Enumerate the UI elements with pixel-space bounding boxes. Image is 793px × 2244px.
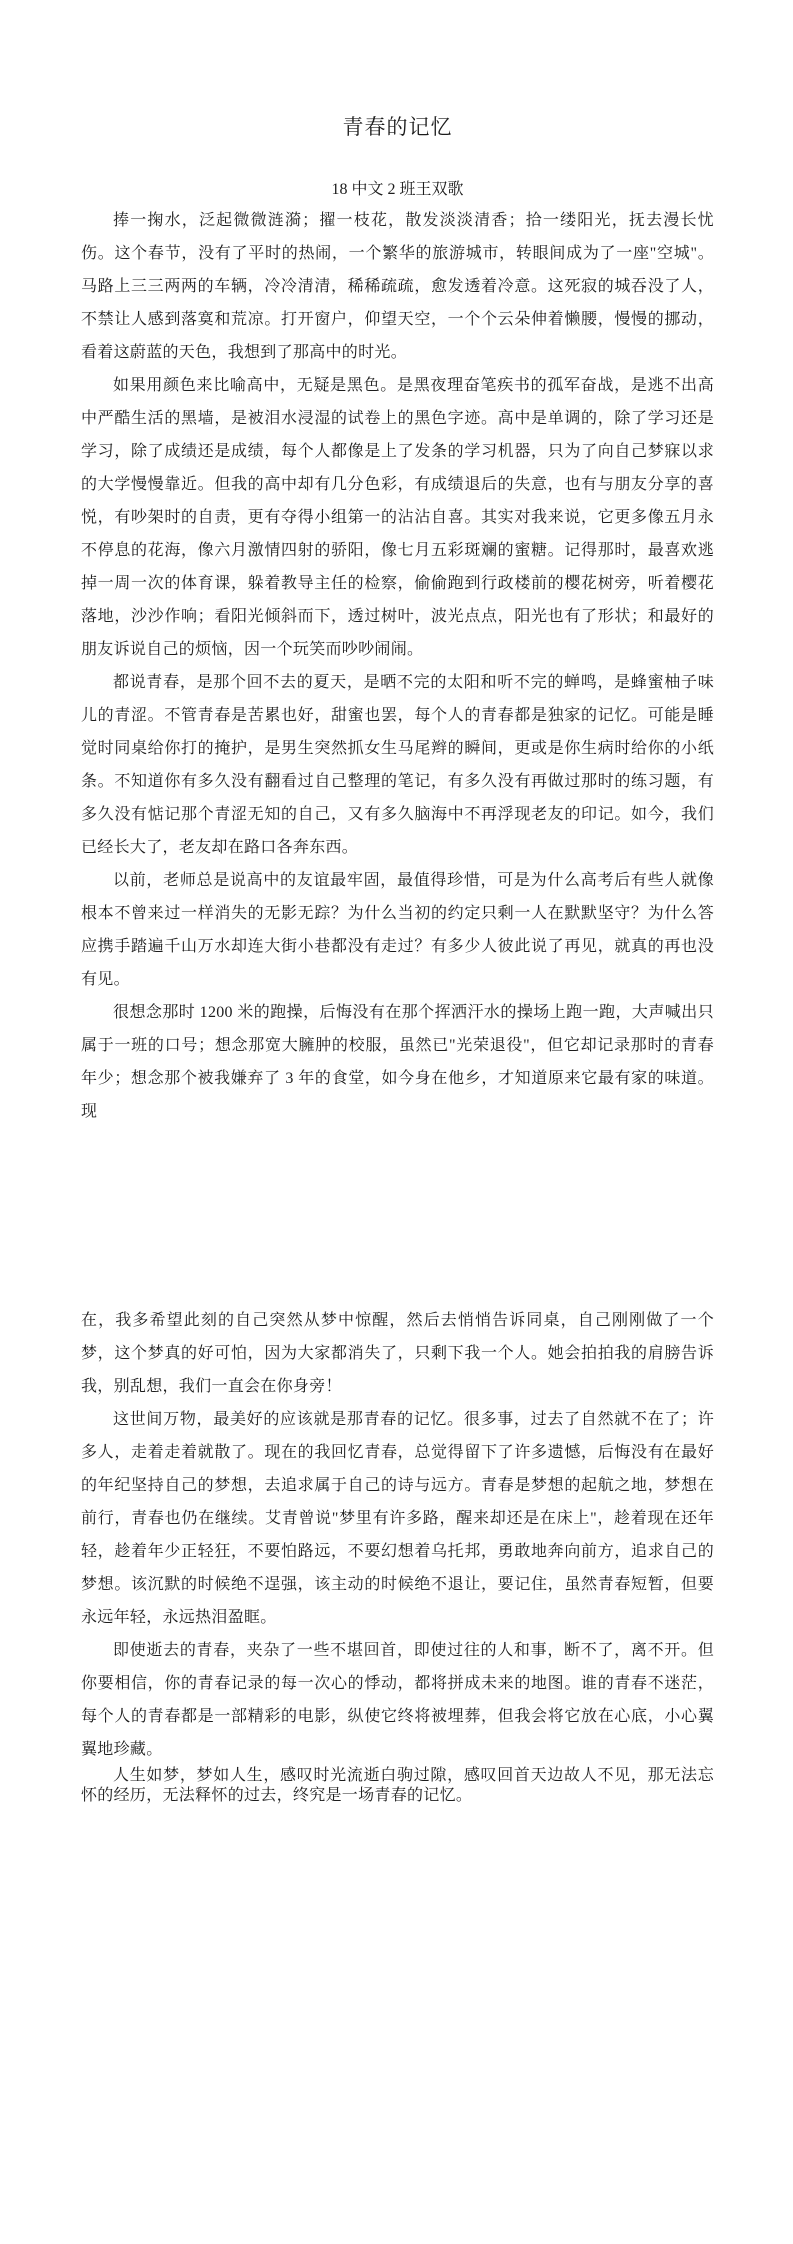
- paragraph-7: 即使逝去的青春，夹杂了一些不堪回首，即使过往的人和事，断不了，离不开。但你要相信…: [81, 1634, 714, 1766]
- paragraph-2: 如果用颜色来比喻高中，无疑是黑色。是黑夜理奋笔疾书的孤军奋战，是逃不出高中严酷生…: [81, 369, 714, 666]
- paragraph-8: 人生如梦，梦如人生，感叹时光流逝白驹过隙，感叹回首天边故人不见，那无法忘怀的经历…: [81, 1766, 714, 1806]
- paragraph-5-part-a: 很想念那时 1200 米的跑操，后悔没有在那个挥洒汗水的操场上跑一跑，大声喊出只…: [81, 996, 714, 1128]
- paragraph-1: 捧一掬水，泛起微微涟漪；擢一枝花，散发淡淡清香；拾一缕阳光，抚去漫长忧伤。这个春…: [81, 204, 714, 369]
- paragraph-6: 这世间万物，最美好的应该就是那青春的记忆。很多事，过去了自然就不在了；许多人，走…: [81, 1403, 714, 1634]
- document-body: 捧一掬水，泛起微微涟漪；擢一枝花，散发淡淡清香；拾一缕阳光，抚去漫长忧伤。这个春…: [81, 204, 714, 1806]
- paragraph-3: 都说青春，是那个回不去的夏天，是晒不完的太阳和听不完的蝉鸣，是蜂蜜柚子味儿的青涩…: [81, 666, 714, 864]
- paragraph-4: 以前，老师总是说高中的友谊最牢固，最值得珍惜，可是为什么高考后有些人就像根本不曾…: [81, 864, 714, 996]
- paragraph-5-part-b: 在，我多希望此刻的自己突然从梦中惊醒，然后去悄悄告诉同桌，自己刚刚做了一个梦，这…: [81, 1304, 714, 1403]
- document-title: 青春的记忆: [81, 113, 714, 141]
- page-break-gap: [81, 1128, 714, 1304]
- author-byline: 18 中文 2 班王双歌: [81, 179, 714, 201]
- document-page: 青春的记忆 18 中文 2 班王双歌 捧一掬水，泛起微微涟漪；擢一枝花，散发淡淡…: [0, 0, 793, 2244]
